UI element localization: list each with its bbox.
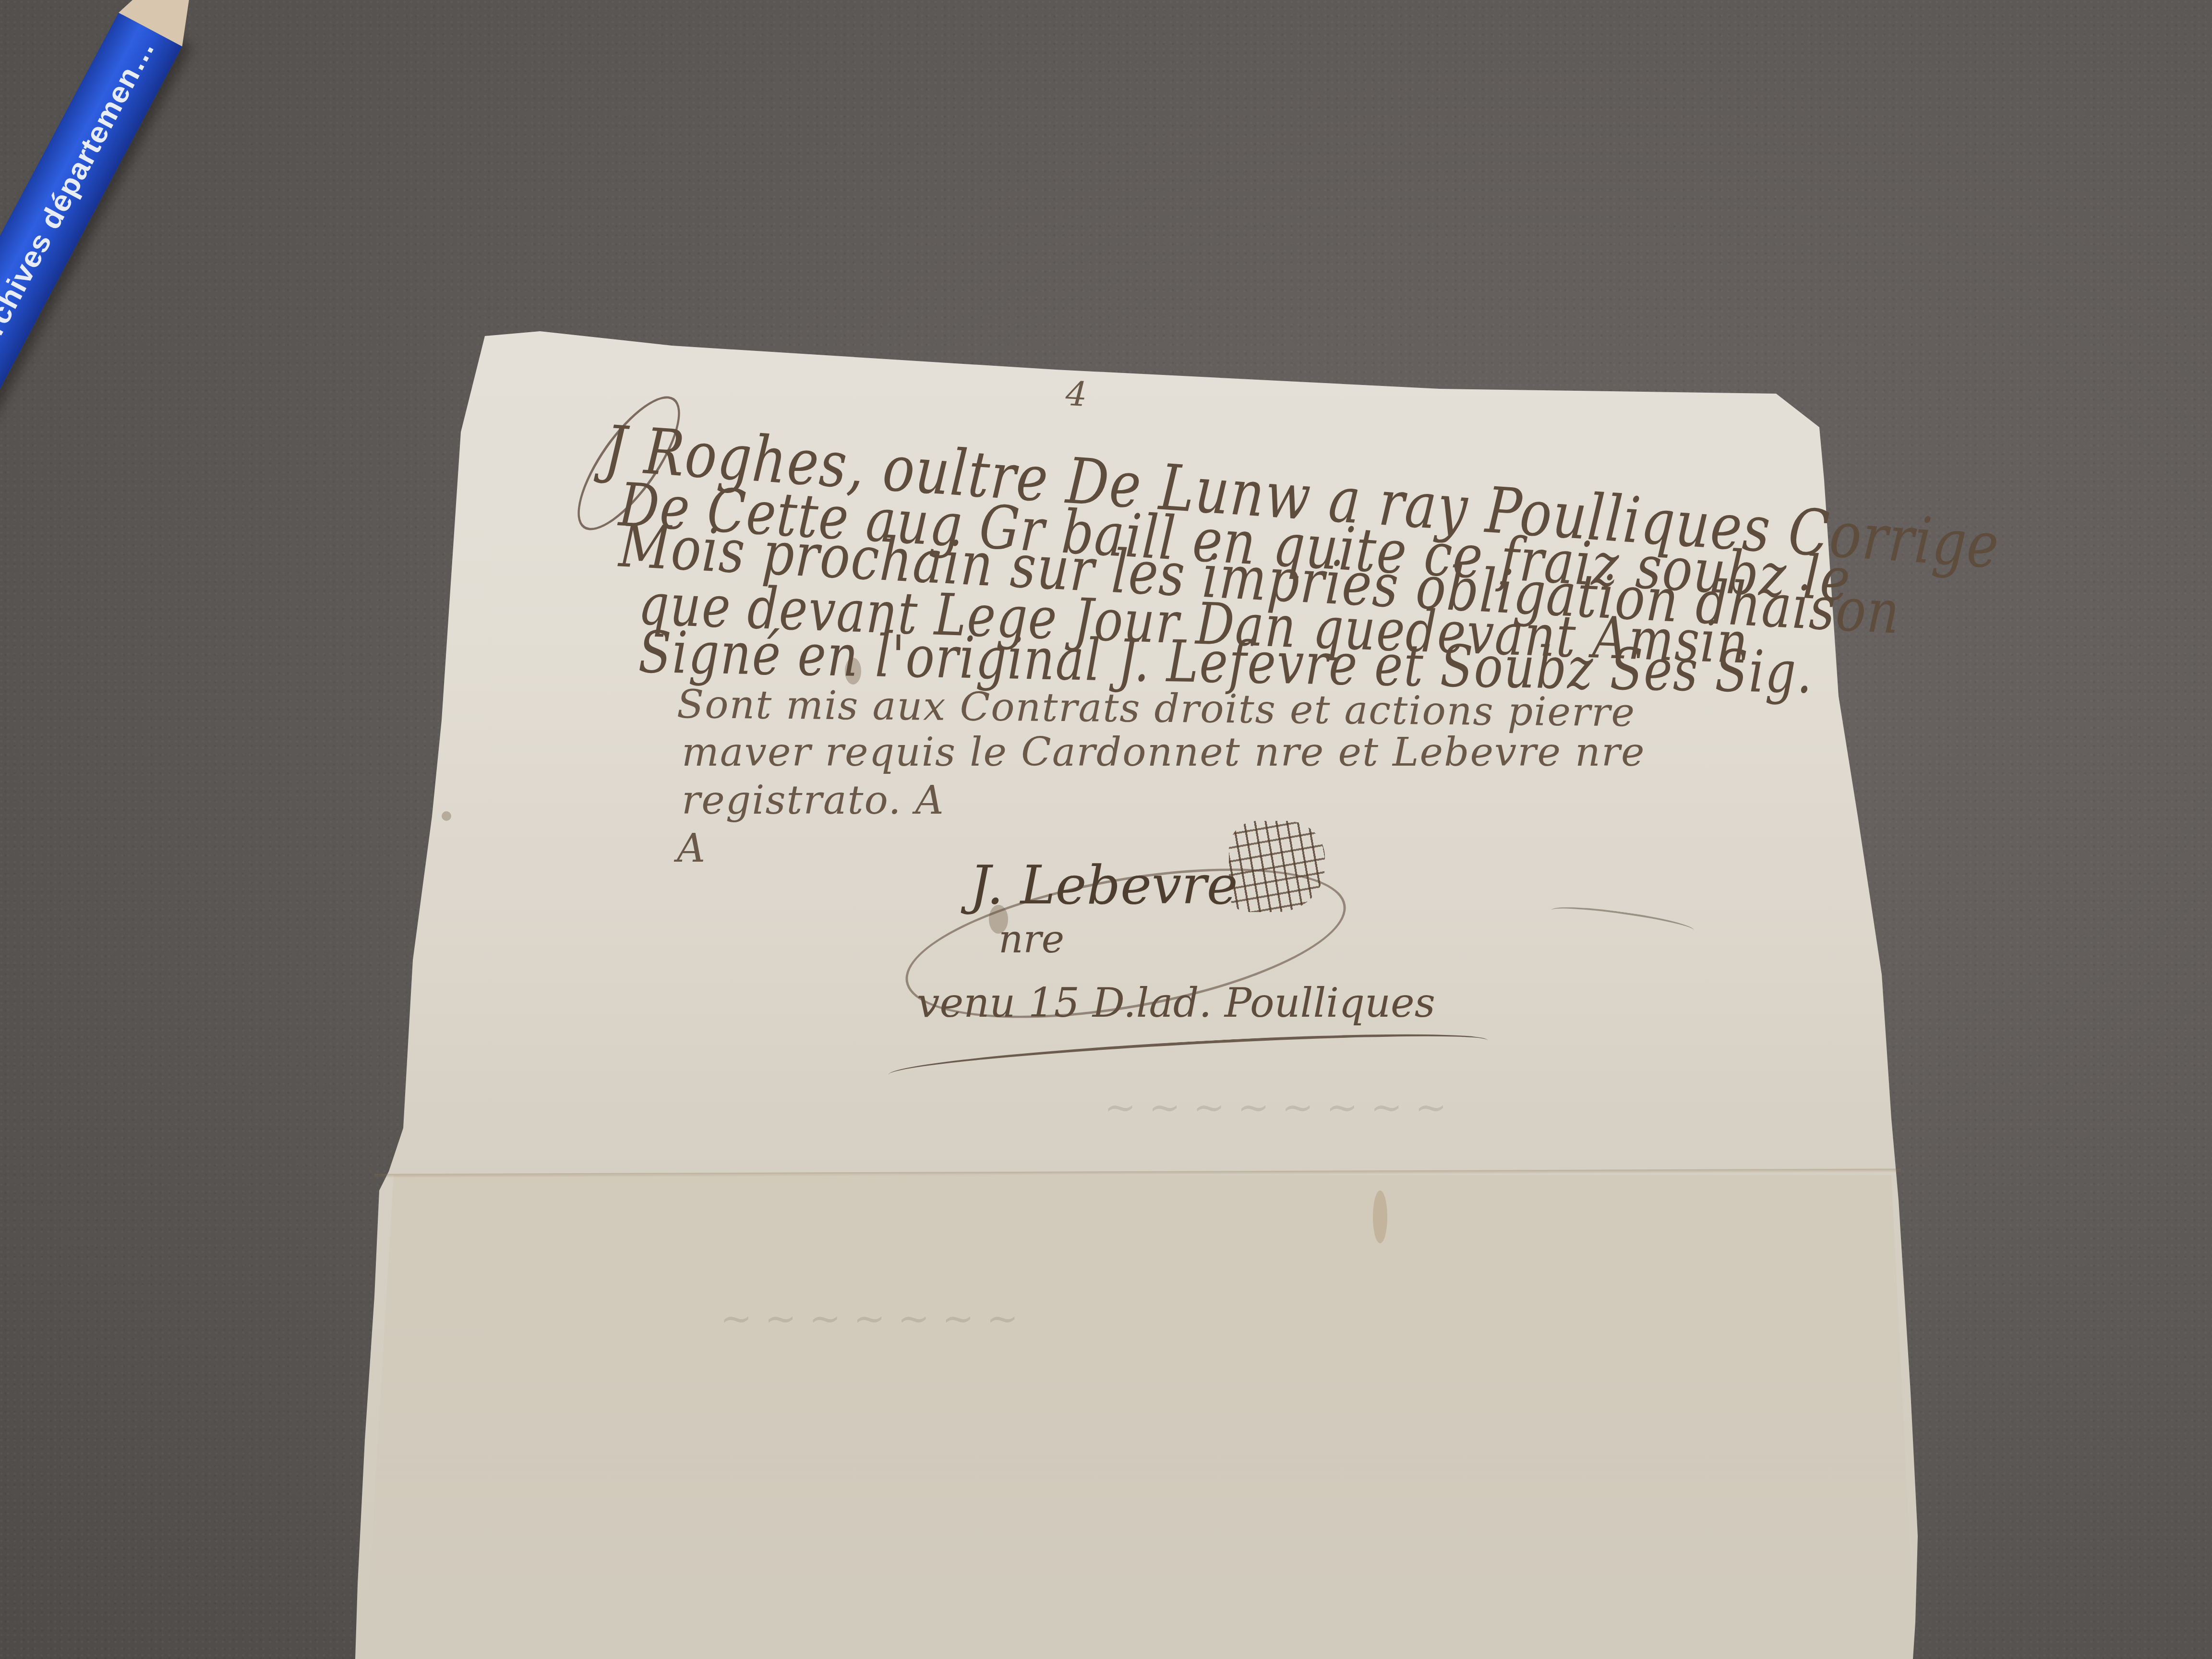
signature-name: J. Lebevre bbox=[970, 854, 1238, 916]
spot bbox=[442, 811, 451, 821]
bleed-through-text: ~ ~ ~ ~ ~ ~ ~ ~ bbox=[1104, 1085, 1447, 1130]
manuscript-line-6: Sont mis aux Contrats droits et actions … bbox=[677, 682, 1636, 735]
registration-note: venu 15 D.lad. Poulliques bbox=[917, 979, 1435, 1026]
paper-lower-panel bbox=[365, 1175, 1911, 1659]
bleed-through-text: ~ ~ ~ ~ ~ ~ ~ bbox=[720, 1296, 1019, 1341]
water-stain bbox=[1373, 1190, 1387, 1243]
folio-number: 4 bbox=[1065, 374, 1088, 414]
signature-paraph bbox=[1229, 821, 1325, 912]
manuscript-line-9: A bbox=[677, 826, 706, 871]
manuscript-page: ~ ~ ~ ~ ~ ~ ~ ~ ~ ~ ~ ~ ~ ~ ~ 4 J Roghes… bbox=[0, 0, 2212, 1659]
manuscript-line-8: registrato. A bbox=[682, 778, 945, 823]
photo-scene: ~ ~ ~ ~ ~ ~ ~ ~ ~ ~ ~ ~ ~ ~ ~ 4 J Roghes… bbox=[0, 0, 2212, 1659]
notary-signature: J. Lebevre nre bbox=[970, 826, 1334, 984]
manuscript-line-7: maver requis le Cardonnet nre et Lebevre… bbox=[682, 730, 1646, 775]
signature-title: nre bbox=[998, 917, 1064, 962]
